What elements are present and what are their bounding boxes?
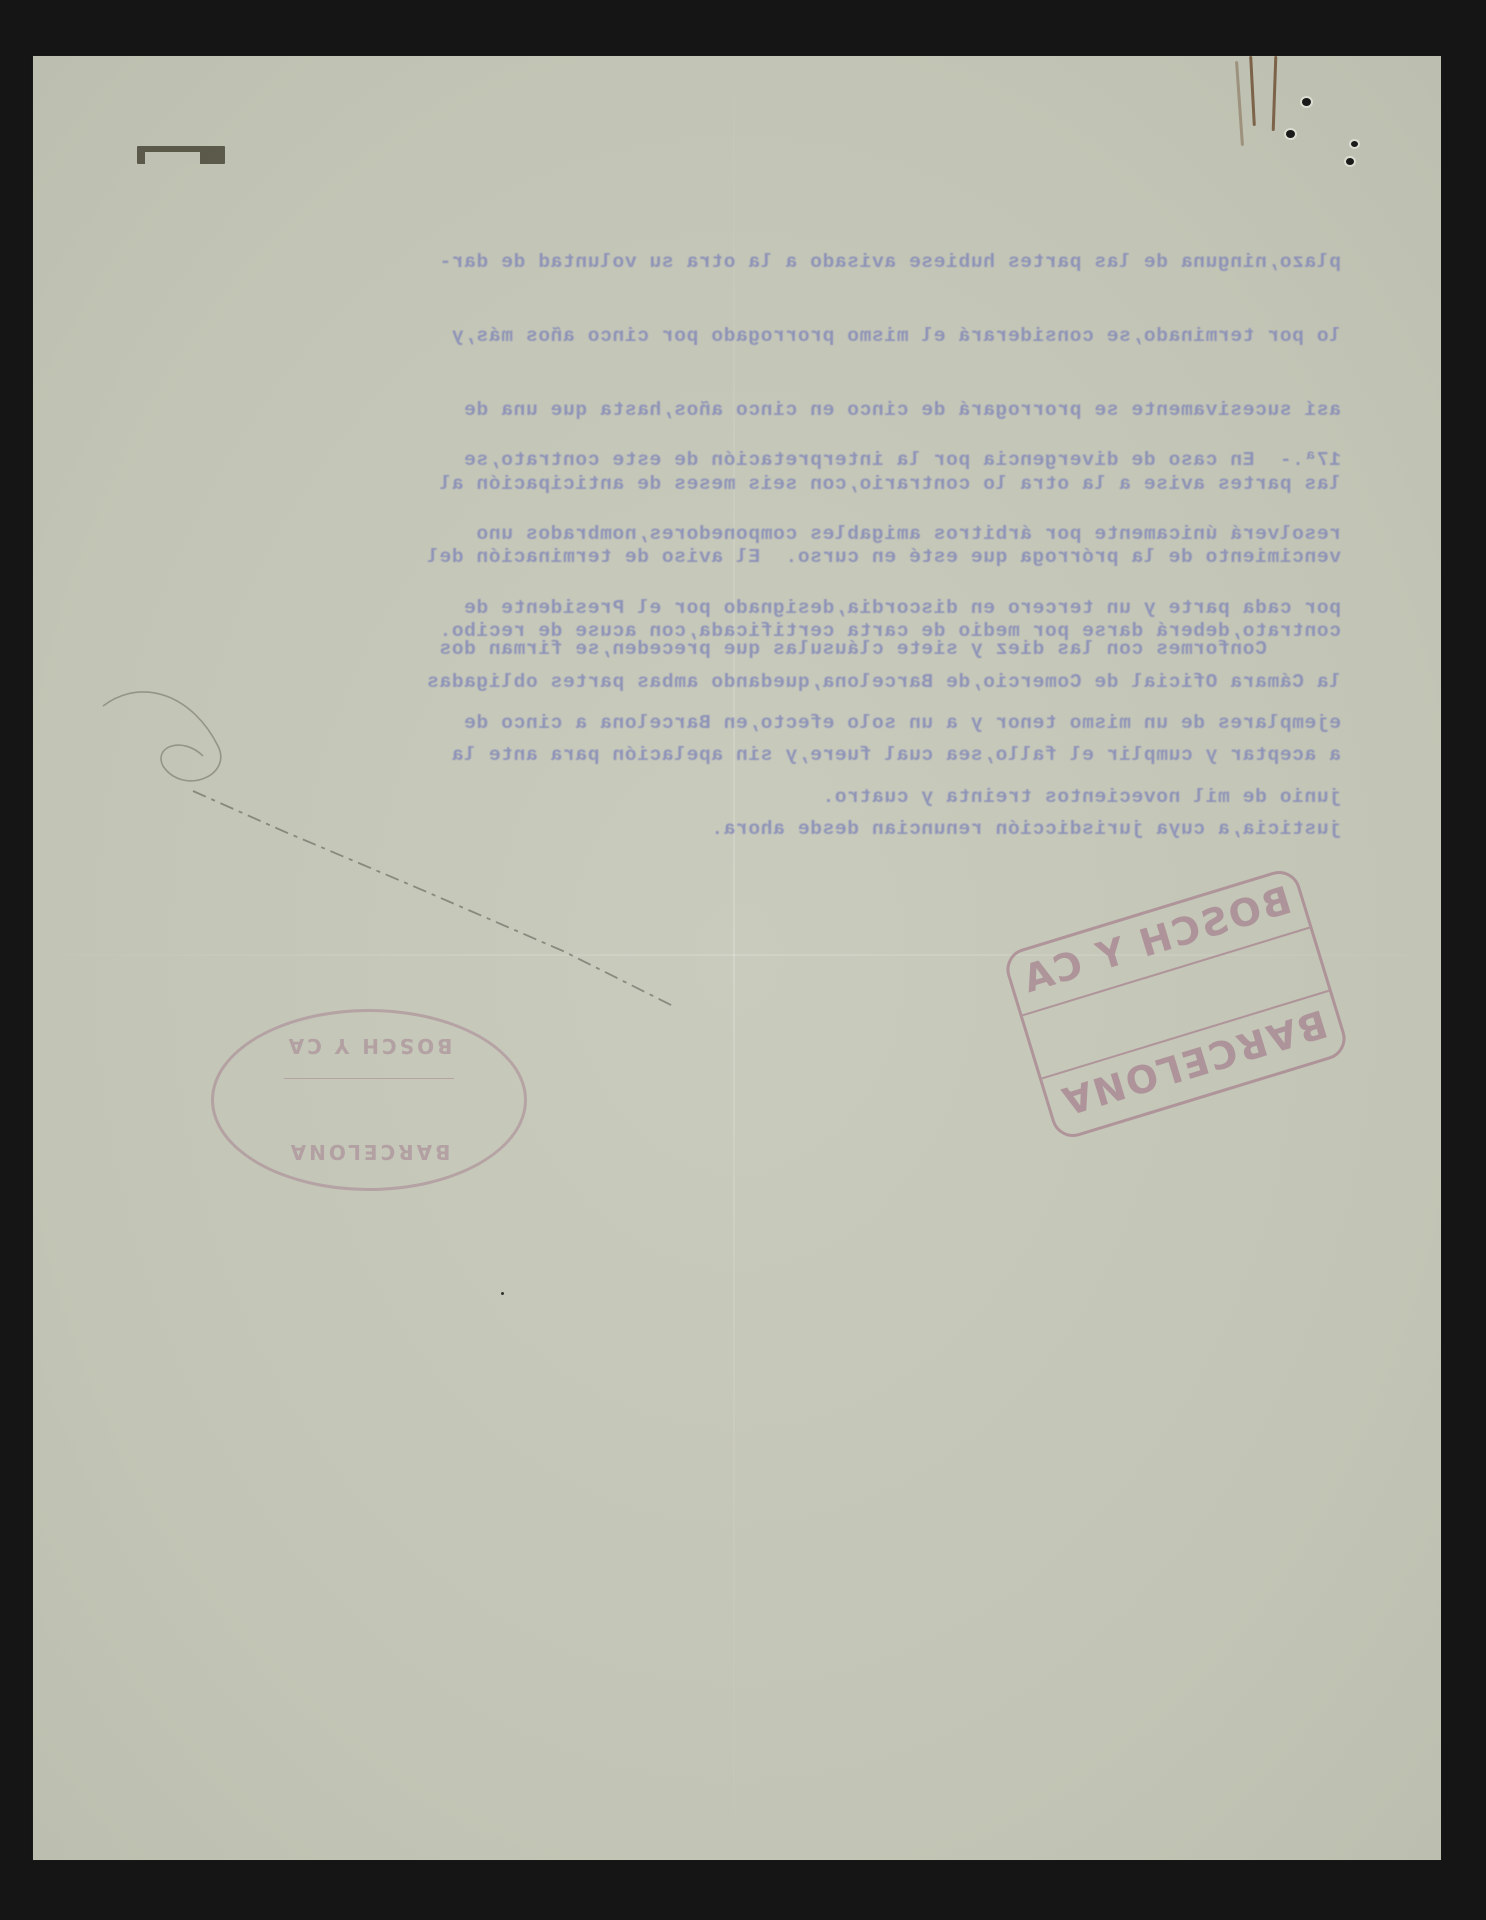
paper-clip-mark (137, 146, 225, 164)
staple-mark-1 (1249, 56, 1256, 126)
oval-company-stamp: BOSCH Y CA BARCELONA (211, 1009, 527, 1191)
staple-mark-2 (1272, 56, 1278, 131)
bleed-paragraph-3: Conformes con las diez y siete cláusulas… (121, 588, 1341, 859)
stamp-divider (284, 1078, 454, 1079)
stamp-text: BOSCH Y CA (214, 1034, 524, 1058)
text-line: 17ª.- En caso de divergencia por la inte… (121, 448, 1341, 473)
stamp-text: BARCELONA (214, 1140, 524, 1164)
text-line: junio de mil novecientos treinta y cuatr… (121, 785, 1341, 810)
text-line: plazo,ninguna de las partes hubiese avis… (121, 250, 1341, 275)
rectangular-company-stamp: BOSCH Y CA BARCELONA (1001, 866, 1351, 1143)
scan-background: plazo,ninguna de las partes hubiese avis… (0, 0, 1486, 1920)
punch-hole-4 (1346, 158, 1354, 165)
text-line: lo por terminado,se considerará el mismo… (121, 324, 1341, 349)
staple-mark-3 (1235, 61, 1244, 146)
stamp-text: BOSCH Y CA (1007, 875, 1307, 1005)
punch-hole-1 (1302, 98, 1311, 106)
text-line: ejemplares de un mismo tenor y a un solo… (121, 711, 1341, 736)
text-line: resolverá únicamente por árbitros amigab… (121, 522, 1341, 547)
document-page: plazo,ninguna de las partes hubiese avis… (33, 56, 1441, 1860)
ink-speck (501, 1292, 504, 1295)
punch-hole-2 (1286, 130, 1295, 138)
punch-hole-3 (1351, 141, 1358, 147)
text-line: Conformes con las diez y siete cláusulas… (121, 637, 1341, 662)
